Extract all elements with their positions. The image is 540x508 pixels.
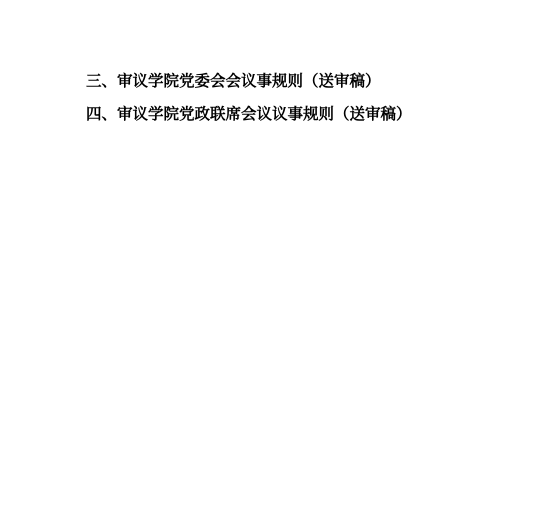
document-page: 三、审议学院党委会会议事规则（送审稿） 四、审议学院党政联席会议议事规则（送审稿… bbox=[0, 0, 540, 508]
agenda-item-4: 四、审议学院党政联席会议议事规则（送审稿） bbox=[86, 106, 412, 123]
agenda-item-3: 三、审议学院党委会会议事规则（送审稿） bbox=[86, 73, 381, 90]
